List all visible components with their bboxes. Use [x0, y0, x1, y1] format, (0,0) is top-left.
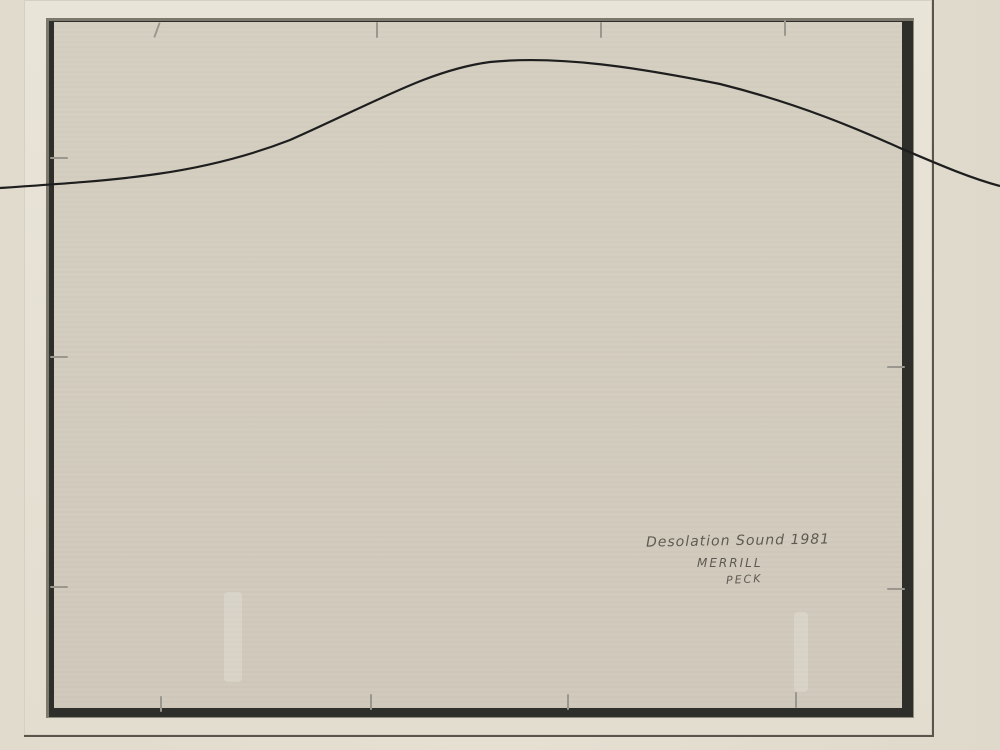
inscription-title: Desolation Sound 1981	[646, 531, 830, 550]
inscription-artist-last: PECK	[726, 572, 763, 587]
inscription-artist-first: MERRILL	[697, 556, 763, 570]
hanging-wire	[0, 0, 1000, 750]
